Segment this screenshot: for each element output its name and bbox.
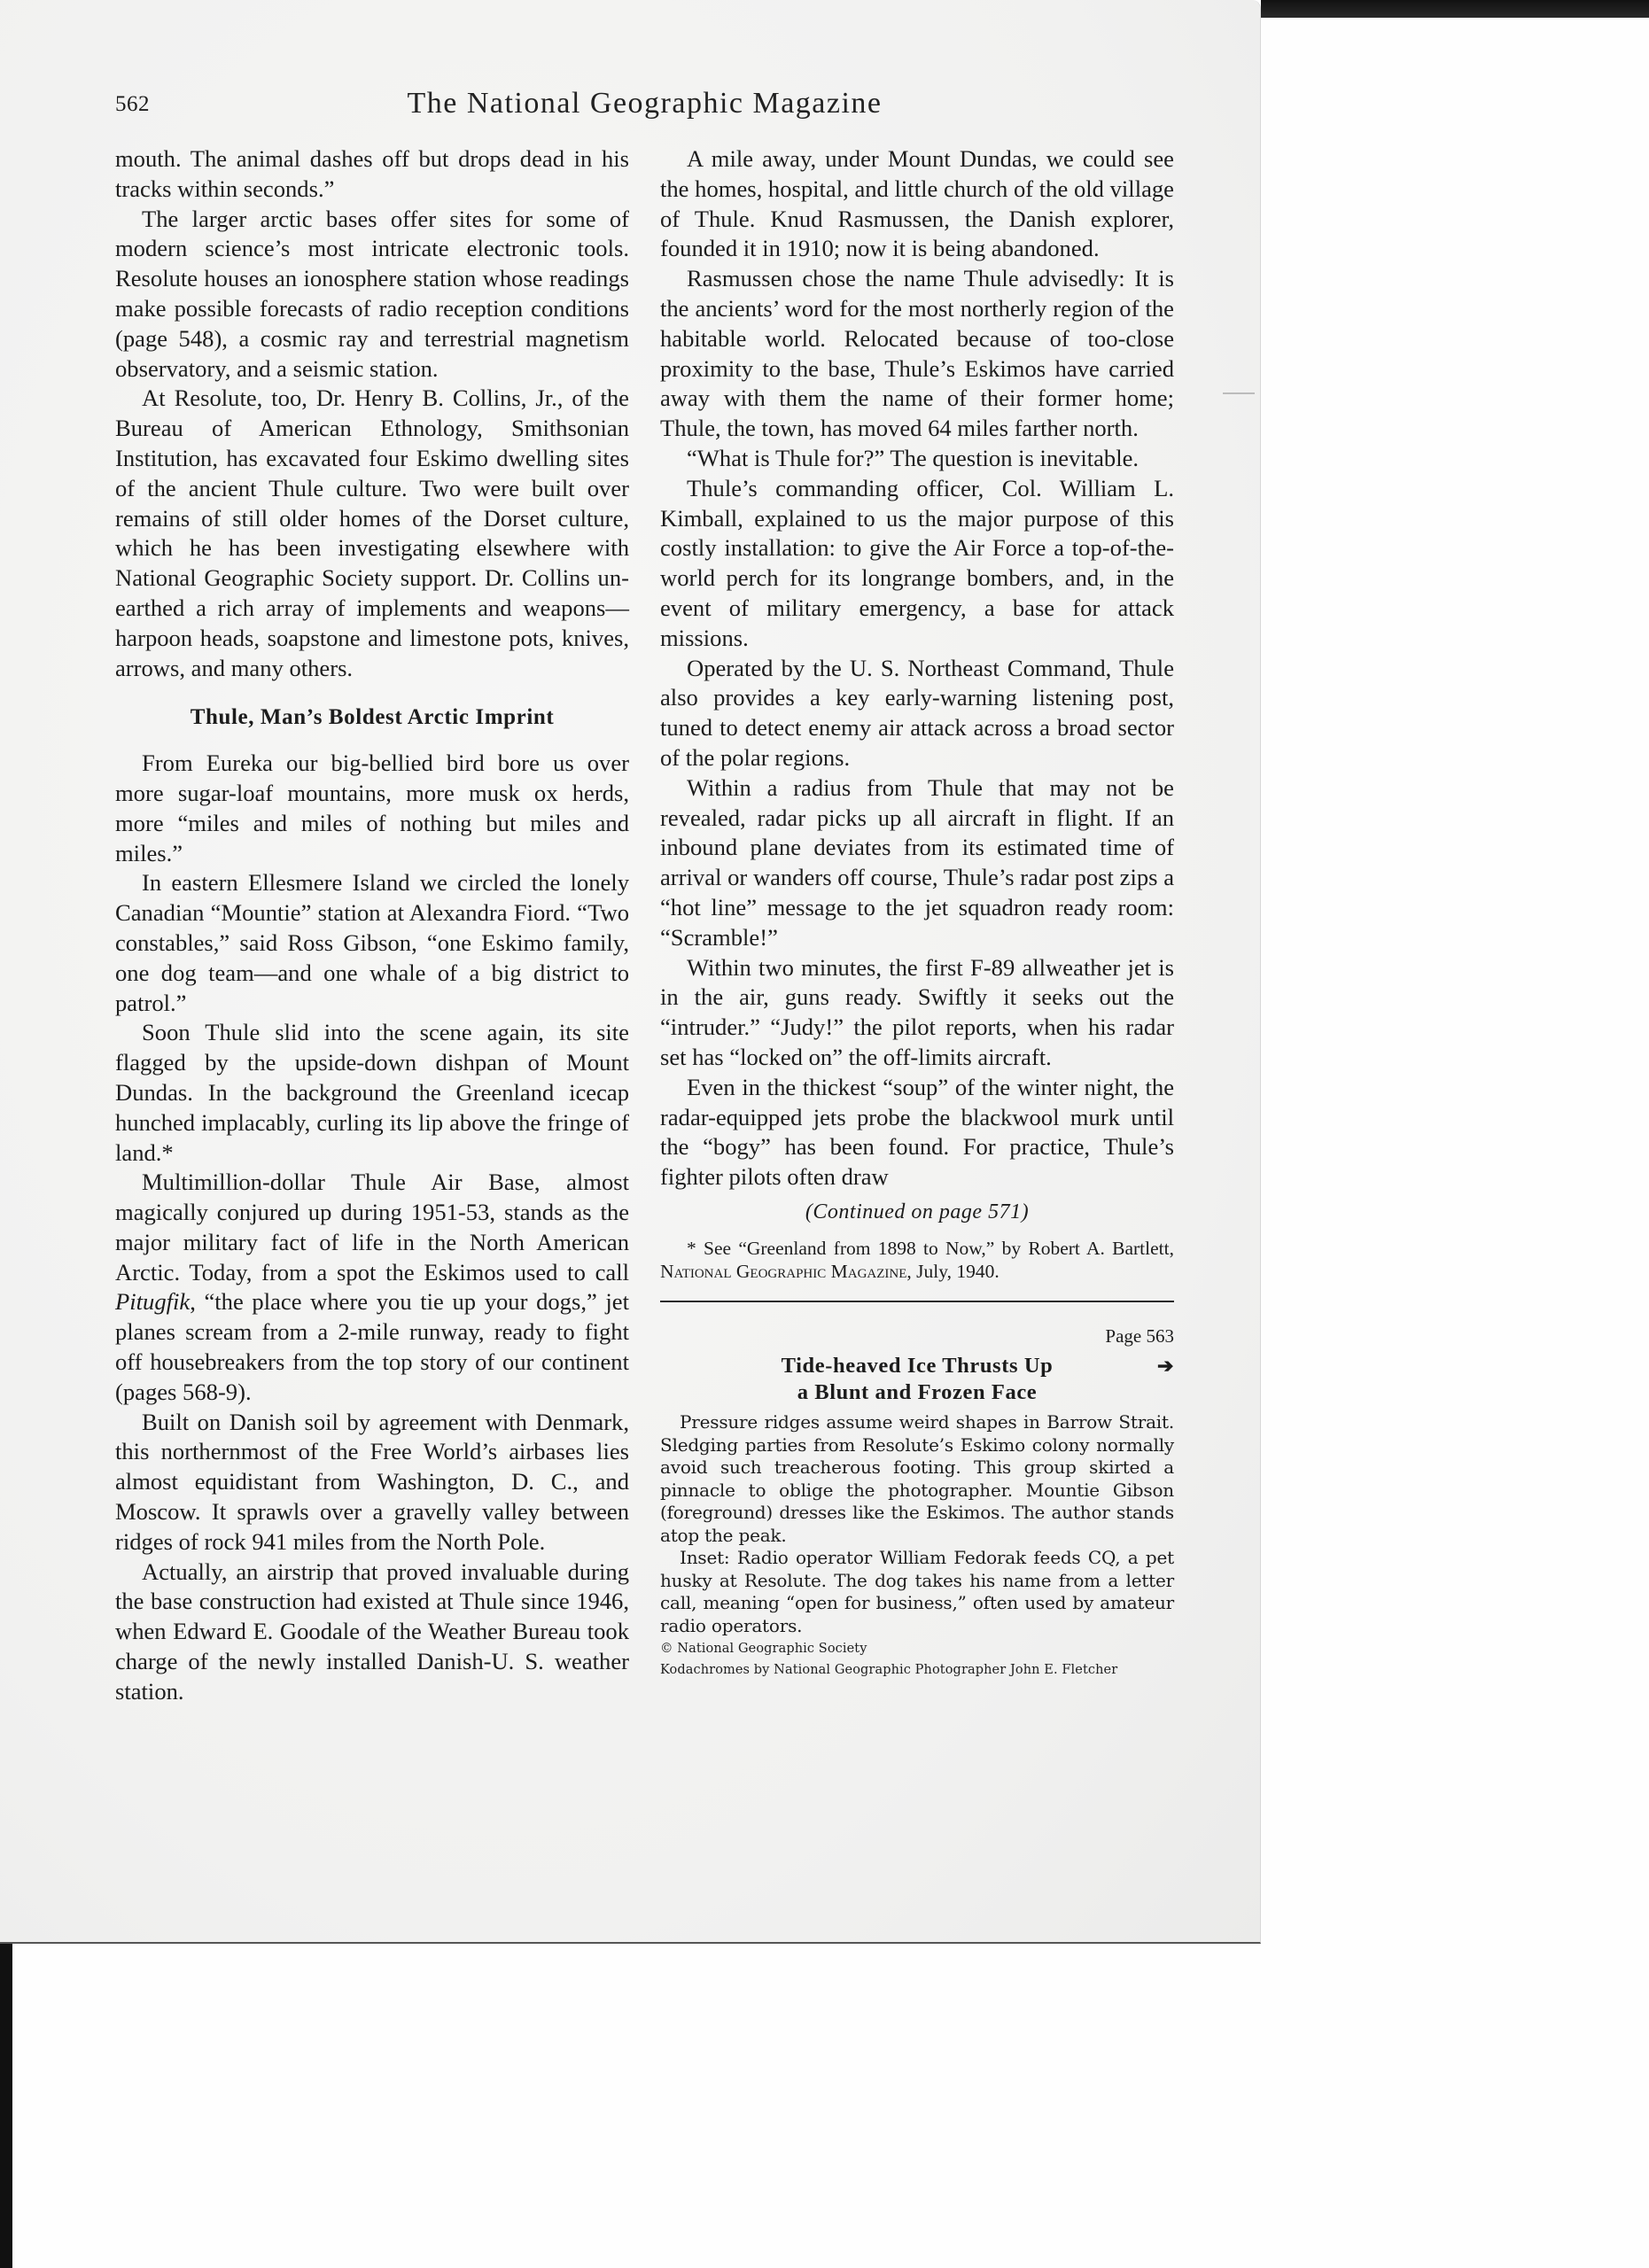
paragraph: mouth. The animal dashes off but drops d…: [115, 144, 629, 205]
smallcaps-title: National Geographic Magazine: [660, 1261, 906, 1282]
paragraph: A mile away, under Mount Dundas, we coul…: [660, 144, 1174, 264]
caption-title-line: Tide-heaved Ice Thrusts Up: [660, 1353, 1174, 1379]
paragraph: Built on Danish soil by agreement with D…: [115, 1408, 629, 1557]
running-head: 562 The National Geographic Magazine: [115, 87, 1174, 122]
photo-caption: Page 563 Tide-heaved Ice Thrusts Up a Bl…: [660, 1322, 1174, 1681]
paragraph: At Resolute, too, Dr. Henry B. Collins, …: [115, 384, 629, 683]
italic-term: Pitugfik: [115, 1288, 190, 1315]
scan-smudge: [1223, 392, 1255, 394]
paragraph: “What is Thule for?” The question is in­…: [660, 444, 1174, 474]
paragraph: Operated by the U. S. Northeast Command,…: [660, 654, 1174, 773]
caption-title: Tide-heaved Ice Thrusts Up a Blunt and F…: [660, 1353, 1174, 1406]
caption-paragraph: Pressure ridges assume weird shapes in B…: [660, 1411, 1174, 1547]
paragraph: Within two minutes, the first F-89 all­w…: [660, 953, 1174, 1073]
caption-title-line: a Blunt and Frozen Face: [660, 1379, 1174, 1406]
paragraph: Within a radius from Thule that may not …: [660, 773, 1174, 953]
divider-rule: [660, 1301, 1174, 1302]
text-run: * See “Greenland from 1898 to Now,” by R…: [687, 1238, 1174, 1259]
paragraph: Actually, an airstrip that proved invalu…: [115, 1557, 629, 1707]
text-run: , “the place where you tie up your dogs,…: [115, 1288, 629, 1404]
right-column: A mile away, under Mount Dundas, we coul…: [660, 144, 1174, 1680]
running-title: The National Geographic Magazine: [115, 87, 1174, 120]
paragraph: Rasmussen chose the name Thule advisedly…: [660, 264, 1174, 444]
caption-page-ref: Page 563: [660, 1322, 1174, 1352]
copyright-line: © National Geographic Society: [660, 1639, 1174, 1658]
paragraph-pitugfik: Multimillion-dollar Thule Air Base, almo…: [115, 1168, 629, 1407]
text-run: , July, 1940.: [906, 1261, 999, 1282]
paragraph: In eastern Ellesmere Island we circled t…: [115, 868, 629, 1018]
scanner-edge-top: [1261, 0, 1649, 18]
photo-credit: Kodachromes by National Geographic Photo…: [660, 1660, 1174, 1680]
caption-paragraph: Inset: Radio operator William Fedorak fe…: [660, 1547, 1174, 1637]
paragraph: The larger arctic bases offer sites for …: [115, 205, 629, 384]
scanner-edge-left: [0, 1943, 12, 2268]
paragraph: From Eureka our big-bellied bird bore us…: [115, 749, 629, 868]
caption-body: Pressure ridges assume weird shapes in B…: [660, 1411, 1174, 1637]
paragraph: Thule’s commanding officer, Col. William…: [660, 474, 1174, 654]
section-subhead: Thule, Man’s Boldest Arctic Imprint: [115, 703, 629, 733]
continued-note: (Continued on page 571): [660, 1198, 1174, 1228]
footnote: * See “Greenland from 1898 to Now,” by R…: [660, 1237, 1174, 1283]
paragraph: Soon Thule slid into the scene again, it…: [115, 1018, 629, 1168]
magazine-page: 562 The National Geographic Magazine mou…: [0, 0, 1261, 1944]
paragraph: Even in the thickest “soup” of the winte…: [660, 1073, 1174, 1192]
arrow-right-icon: ➔: [1157, 1353, 1174, 1379]
text-run: Multimillion-dollar Thule Air Base, almo…: [115, 1169, 629, 1285]
left-column: mouth. The animal dashes off but drops d…: [115, 144, 629, 1707]
